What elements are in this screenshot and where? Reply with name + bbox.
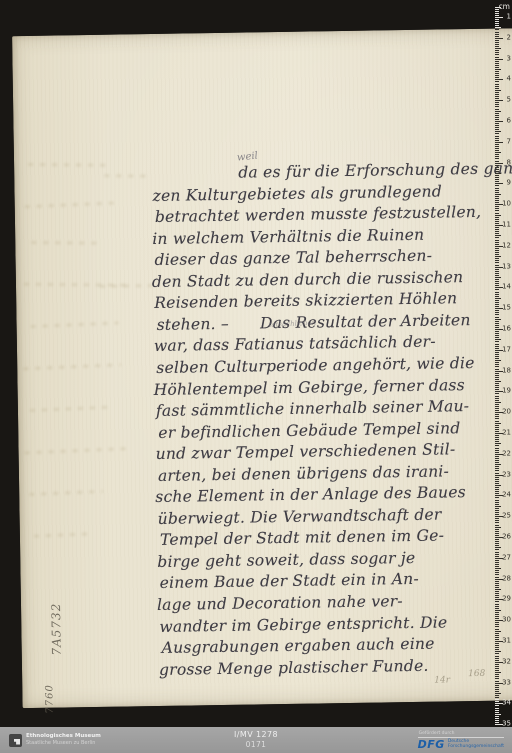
ruler-tick: [495, 198, 499, 199]
ruler-tick: [495, 171, 499, 172]
ruler-tick: [495, 9, 499, 10]
ruler-tick: [495, 42, 499, 43]
ruler-tick: [495, 460, 499, 461]
ruler-tick: [495, 348, 499, 349]
ruler-tick: [495, 294, 499, 295]
ruler-tick: [495, 396, 499, 397]
ruler-tick: [495, 325, 499, 326]
ruler-tick: [495, 423, 501, 424]
ruler-number: 8: [507, 159, 511, 166]
ruler-tick: [495, 312, 499, 313]
ruler-tick: [495, 38, 503, 39]
ruler-tick: [495, 416, 499, 417]
ruler-tick: [495, 229, 499, 230]
ruler-tick: [495, 566, 499, 567]
manuscript-line: sche Element in der Anlage des Baues: [155, 483, 466, 506]
ruler-tick: [495, 676, 499, 677]
ruler-tick: [495, 50, 499, 51]
ruler-tick: [495, 273, 499, 274]
ruler-tick: [495, 69, 501, 70]
ruler-tick: [495, 335, 499, 336]
ruler-tick: [495, 701, 499, 702]
ruler-number: 4: [507, 76, 511, 83]
ruler-tick: [495, 462, 499, 463]
ruler-tick: [495, 327, 499, 328]
ruler-tick: [495, 109, 499, 110]
ruler-number: 21: [502, 430, 511, 437]
ruler-tick: [495, 223, 499, 224]
ruler-tick: [495, 547, 501, 548]
ruler-tick: [495, 479, 499, 480]
ruler-tick: [495, 514, 499, 515]
ruler-tick: [495, 393, 499, 394]
manuscript-line: birge geht soweit, dass sogar je: [157, 549, 415, 571]
funding-branding: Gefördert durch DFG Deutsche Forschungsg…: [418, 731, 504, 750]
ruler-number: 26: [502, 534, 511, 541]
ruler-tick: [495, 136, 499, 137]
ruler-tick: [495, 250, 499, 251]
ruler-tick: [495, 572, 499, 573]
ruler-tick: [495, 373, 499, 374]
ruler-tick: [495, 456, 499, 457]
ruler-number: 10: [502, 201, 511, 208]
ruler-tick: [495, 29, 499, 30]
ruler-tick: [495, 181, 499, 182]
ruler-tick: [495, 173, 501, 174]
ruler-tick: [495, 389, 499, 390]
folio-mark-right: 168: [468, 669, 485, 679]
ruler-tick: [495, 306, 499, 307]
ruler-tick: [495, 606, 499, 607]
ruler-tick: [495, 67, 499, 68]
ruler-tick: [495, 163, 503, 164]
ruler-tick: [495, 208, 499, 209]
ruler-tick: [495, 142, 503, 143]
ruler-tick: [495, 269, 499, 270]
ruler-tick: [495, 466, 499, 467]
ruler-number: 15: [502, 305, 511, 312]
ruler-tick: [495, 254, 499, 255]
ruler-tick: [495, 533, 499, 534]
ruler-number: 12: [502, 242, 511, 249]
ruler-tick: [495, 458, 499, 459]
ruler-tick: [495, 668, 499, 669]
ruler-number: 32: [502, 658, 511, 665]
ruler-tick: [495, 44, 499, 45]
manuscript-line: arten, bei denen übrigens das irani-: [158, 462, 449, 485]
ruler-tick: [495, 629, 499, 630]
ruler-tick: [495, 271, 499, 272]
ruler-tick: [495, 560, 499, 561]
bleed-through-smudge: [31, 241, 101, 245]
ruler-tick: [495, 570, 499, 571]
ruler-tick: [495, 323, 499, 324]
ruler-tick: [495, 616, 499, 617]
ruler-tick: [495, 468, 499, 469]
manuscript-line: da es für die Erforschung des gan-: [238, 159, 512, 181]
ruler-tick: [495, 541, 499, 542]
ruler-tick: [495, 581, 499, 582]
ruler-tick: [495, 92, 499, 93]
ruler-tick: [495, 34, 499, 35]
manuscript-line: zen Kulturgebietes als grundlegend: [152, 182, 442, 205]
manuscript-line: war, dass Fatianus tatsächlich der-: [154, 333, 436, 355]
ruler-tick: [495, 670, 499, 671]
ruler-tick: [495, 150, 499, 151]
ruler-tick: [495, 302, 499, 303]
ruler-tick: [495, 242, 499, 243]
manuscript-line: überwiegt. Die Verwandtschaft der: [158, 505, 442, 527]
ruler-tick: [495, 377, 499, 378]
museum-subtitle: Staatliche Museen zu Berlin: [26, 740, 101, 746]
ruler-tick: [495, 489, 499, 490]
ruler-tick: [495, 52, 499, 53]
ruler-tick: [495, 233, 499, 234]
ruler-tick: [495, 289, 499, 290]
ruler-tick: [495, 252, 499, 253]
ruler-tick: [495, 604, 499, 605]
ruler-tick: [495, 213, 499, 214]
ruler-number: 11: [502, 222, 511, 229]
ruler-tick: [495, 244, 499, 245]
ruler-tick: [495, 300, 499, 301]
ruler-tick: [495, 718, 499, 719]
ruler-tick: [495, 46, 499, 47]
ruler-number: 20: [502, 409, 511, 416]
ruler-tick: [495, 450, 499, 451]
ruler-tick: [495, 637, 499, 638]
ruler-tick: [495, 79, 503, 80]
ruler-tick: [495, 111, 501, 112]
manuscript-line: fast sämmtliche innerhalb seiner Mau-: [156, 397, 470, 420]
museum-name: Ethnologisches Museum: [26, 733, 101, 740]
ruler-tick: [495, 589, 501, 590]
ruler-tick: [495, 595, 499, 596]
manuscript-line: Höhlentempel im Gebirge, ferner dass: [153, 376, 465, 399]
ruler-tick: [495, 235, 501, 236]
manuscript-line: lage und Decoration nahe ver-: [157, 592, 403, 614]
image-number: 0171: [234, 740, 278, 750]
ruler-tick: [495, 400, 499, 401]
ruler-tick: [495, 57, 499, 58]
ruler-tick: [495, 231, 499, 232]
ruler-tick: [495, 71, 499, 72]
ruler-tick: [495, 48, 501, 49]
ruler-number: 31: [502, 638, 511, 645]
funding-label: Gefördert durch: [419, 731, 455, 736]
ruler-tick: [495, 410, 499, 411]
ruler-tick: [495, 237, 499, 238]
ruler-tick: [495, 117, 499, 118]
ruler-tick: [495, 73, 499, 74]
ruler-tick: [495, 292, 499, 293]
ruler-tick: [495, 485, 501, 486]
ruler-tick: [495, 106, 499, 107]
ruler-tick: [495, 518, 499, 519]
ruler-number: 17: [502, 346, 511, 353]
ruler-tick: [495, 398, 499, 399]
ruler-tick: [495, 169, 499, 170]
bleed-through-smudge: [28, 163, 106, 167]
ruler-tick: [495, 333, 499, 334]
ruler-tick: [495, 508, 499, 509]
ruler-tick: [495, 556, 499, 557]
ruler-tick: [495, 651, 501, 652]
ruler-tick: [495, 593, 499, 594]
ruler-tick: [495, 681, 499, 682]
ruler-tick: [495, 504, 499, 505]
ruler-tick: [495, 298, 501, 299]
ruler-tick: [495, 61, 499, 62]
ruler-tick: [495, 658, 499, 659]
ruler-tick: [495, 624, 499, 625]
ruler-tick: [495, 610, 501, 611]
ruler-tick: [495, 140, 499, 141]
ruler-tick: [495, 40, 499, 41]
ruler-tick: [495, 32, 499, 33]
bleed-through-smudge: [31, 321, 119, 328]
ruler-tick: [495, 175, 499, 176]
bleed-through-smudge: [30, 406, 110, 412]
ruler-tick: [495, 672, 501, 673]
ruler-tick: [495, 531, 499, 532]
ruler-tick: [495, 133, 499, 134]
ruler-tick: [495, 314, 499, 315]
ruler-number: 30: [502, 617, 511, 624]
ruler-tick: [495, 104, 499, 105]
ruler-tick: [495, 439, 499, 440]
ruler-tick: [495, 88, 499, 89]
ruler-tick: [495, 708, 499, 709]
ruler-tick: [495, 722, 499, 723]
ruler-tick: [495, 100, 503, 101]
ruler-tick: [495, 539, 499, 540]
dfg-name: Deutsche Forschungsgemeinschaft: [448, 739, 504, 750]
ruler-tick: [495, 281, 499, 282]
ruler-tick: [495, 487, 499, 488]
ruler-tick: [495, 429, 499, 430]
ruler-tick: [495, 154, 499, 155]
ruler-tick: [495, 527, 501, 528]
ruler-tick: [495, 321, 499, 322]
ruler-tick: [495, 633, 499, 634]
ruler-tick: [495, 585, 499, 586]
ruler-tick: [495, 545, 499, 546]
ruler-tick: [495, 86, 499, 87]
ruler-tick: [495, 404, 499, 405]
ruler-tick: [495, 645, 499, 646]
ruler-tick: [495, 678, 499, 679]
ruler-tick: [495, 618, 499, 619]
bleed-through-smudge: [29, 490, 103, 496]
ruler-number: 23: [502, 471, 511, 478]
ruler-tick: [495, 577, 499, 578]
ruler-tick: [495, 331, 499, 332]
ruler-tick: [495, 96, 499, 97]
ruler-tick: [495, 354, 499, 355]
ruler-tick: [495, 215, 501, 216]
ruler-tick: [495, 248, 499, 249]
ruler-tick: [495, 552, 499, 553]
ruler-tick: [495, 227, 499, 228]
ruler-tick: [495, 121, 503, 122]
bleed-through-smudge: [34, 532, 94, 538]
margin-inventory-number-lower: 7760: [44, 684, 55, 714]
ruler-tick: [495, 714, 501, 715]
ruler-tick: [495, 84, 499, 85]
ruler-number: 14: [502, 284, 511, 291]
ruler-tick: [495, 477, 499, 478]
manuscript-line: Tempel der Stadt mit denen im Ge-: [160, 527, 444, 549]
ruler-number: 16: [502, 326, 511, 333]
ruler-number: 22: [502, 450, 511, 457]
ruler-tick: [495, 317, 499, 318]
ruler-tick: [495, 21, 499, 22]
ruler-tick: [495, 310, 499, 311]
ruler-tick: [495, 448, 499, 449]
folio-mark-left: 14r: [434, 675, 450, 685]
ruler-number: 27: [502, 554, 511, 561]
ruler-tick: [495, 183, 503, 184]
ruler-number: 7: [507, 138, 511, 145]
ruler-tick: [495, 346, 499, 347]
manuscript-line: er befindlichen Gebäude Tempel sind: [158, 419, 460, 442]
ruler-tick: [495, 206, 499, 207]
ruler-tick: [495, 493, 499, 494]
ruler-tick: [495, 473, 499, 474]
ruler-tick: [495, 525, 499, 526]
ruler-tick: [495, 695, 499, 696]
ruler-tick: [495, 470, 499, 471]
bleed-through-smudge: [25, 201, 120, 208]
ruler-tick: [495, 123, 499, 124]
ruler-tick: [495, 339, 501, 340]
ruler-tick: [495, 119, 499, 120]
ruler-tick: [495, 192, 499, 193]
ruler-tick: [495, 188, 499, 189]
ruler-tick: [495, 341, 499, 342]
ruler-tick: [495, 337, 499, 338]
ruler-tick: [495, 614, 499, 615]
ruler-tick: [495, 699, 499, 700]
manuscript-text-block: da es für die Erforschung des gan-zen Ku…: [12, 28, 512, 36]
ruler-tick: [495, 522, 499, 523]
ruler-tick: [495, 418, 499, 419]
ruler-tick: [495, 375, 499, 376]
ruler-tick: [495, 200, 499, 201]
ruler-tick: [495, 639, 499, 640]
manuscript-line: Ausgrabungen ergaben auch eine: [162, 635, 435, 657]
bleed-through-smudge: [23, 363, 121, 370]
ruler-tick: [495, 75, 499, 76]
ruler-tick: [495, 362, 499, 363]
scan-viewport: da es für die Erforschung des gan-zen Ku…: [0, 0, 512, 753]
ruler-tick: [495, 144, 499, 145]
ruler-tick: [495, 383, 499, 384]
ruler-tick: [495, 437, 499, 438]
ruler-tick: [495, 425, 499, 426]
manuscript-page: da es für die Erforschung des gan-zen Ku…: [12, 28, 512, 708]
ruler-tick: [495, 356, 499, 357]
ruler-tick: [495, 421, 499, 422]
ruler-tick: [495, 612, 499, 613]
ruler-tick: [495, 94, 499, 95]
ruler-tick: [495, 217, 499, 218]
ruler-tick: [495, 81, 499, 82]
ruler-tick: [495, 63, 499, 64]
ruler-tick: [495, 304, 499, 305]
ruler-tick: [495, 402, 501, 403]
ruler-tick: [495, 510, 499, 511]
ruler-number: 24: [502, 492, 511, 499]
ruler-tick: [495, 647, 499, 648]
ruler-tick: [495, 543, 499, 544]
ruler-tick: [495, 98, 499, 99]
ruler-tick: [495, 445, 499, 446]
ruler-number: 13: [502, 263, 511, 270]
ruler-number: 33: [502, 679, 511, 686]
ruler-tick: [495, 622, 499, 623]
ruler-tick: [495, 535, 499, 536]
ruler-tick: [495, 13, 499, 14]
ruler-tick: [495, 283, 499, 284]
ruler-tick: [495, 358, 499, 359]
ruler-tick: [495, 562, 499, 563]
ruler-tick: [495, 705, 499, 706]
shelfmark: I/MV 1278: [234, 730, 278, 740]
ruler-tick: [495, 381, 501, 382]
ruler-tick: [495, 277, 501, 278]
ruler-tick: [495, 697, 499, 698]
ruler-tick: [495, 414, 499, 415]
ruler-tick: [495, 656, 499, 657]
ruler-tick: [495, 452, 499, 453]
ruler-number: 28: [502, 575, 511, 582]
ruler-tick: [495, 674, 499, 675]
ruler-tick: [495, 36, 499, 37]
ruler-tick: [495, 529, 499, 530]
bleed-through-smudge: [104, 174, 150, 177]
ruler-tick: [495, 500, 499, 501]
ruler-tick: [495, 15, 499, 16]
ruler-number: 34: [502, 700, 511, 707]
ruler-tick: [495, 716, 499, 717]
ruler-tick: [495, 190, 499, 191]
ruler-tick: [495, 554, 499, 555]
scan-identifiers: I/MV 1278 0171: [234, 730, 278, 750]
ruler-tick: [495, 146, 499, 147]
ruler-tick: [495, 710, 499, 711]
manuscript-line: dieser das ganze Tal beherrschen-: [154, 247, 432, 269]
ruler-tick: [495, 441, 499, 442]
ruler-tick: [495, 17, 503, 18]
ruler-tick: [495, 179, 499, 180]
ruler-tick: [495, 583, 499, 584]
ruler-tick: [495, 210, 499, 211]
ruler-tick: [495, 265, 499, 266]
ruler-tick: [495, 379, 499, 380]
ruler-tick: [495, 219, 499, 220]
ruler-number: 25: [502, 513, 511, 520]
ruler-tick: [495, 631, 501, 632]
manuscript-line: wandter im Gebirge entspricht. Die: [159, 613, 447, 636]
ruler-tick: [495, 240, 499, 241]
ruler-tick: [495, 366, 499, 367]
ruler-tick: [495, 520, 499, 521]
ruler-number: 9: [507, 180, 511, 187]
ruler-tick: [495, 664, 499, 665]
ruler-tick: [495, 65, 499, 66]
